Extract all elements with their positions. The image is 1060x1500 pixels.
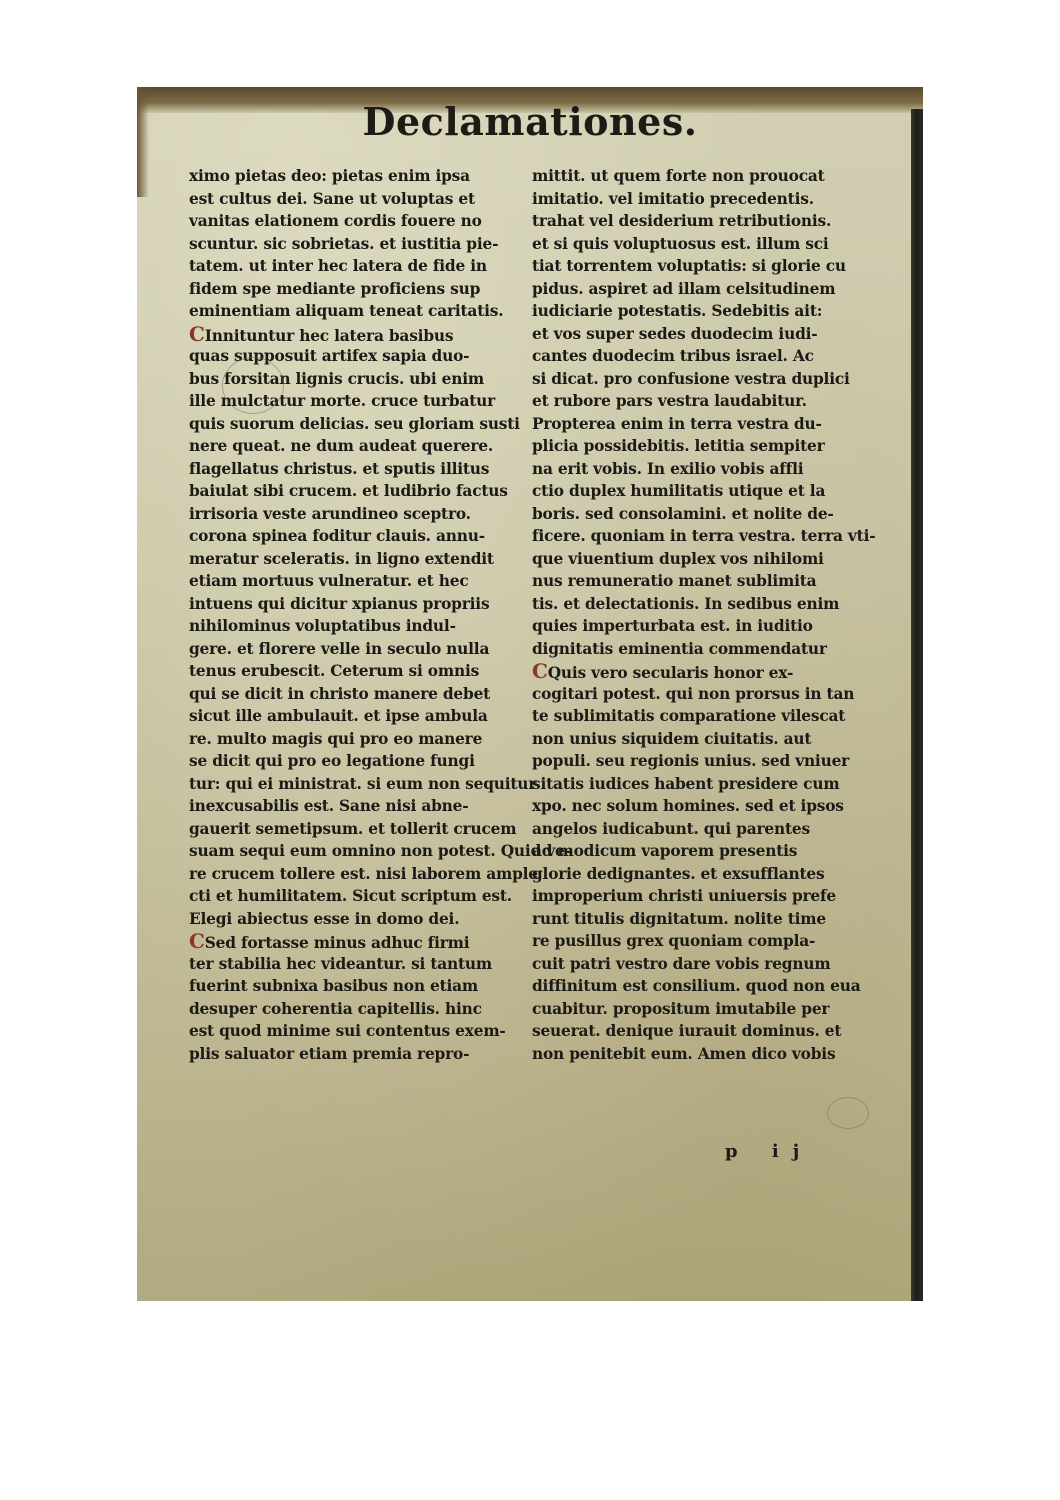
line-text: tis. et delectationis. In sedibus enim <box>532 595 839 613</box>
line-text: sitatis iudices habent presidere cum <box>532 775 839 793</box>
text-line: imitatio. vel imitatio precedentis. <box>532 188 872 211</box>
text-line: sitatis iudices habent presidere cum <box>532 773 872 796</box>
line-text: tatem. ut inter hec latera de fide in <box>189 257 487 275</box>
line-text: et rubore pars vestra laudabitur. <box>532 392 807 410</box>
text-line: ille mulctatur morte. cruce turbatur <box>189 390 524 413</box>
text-line: est quod minime sui contentus exem- <box>189 1020 524 1043</box>
text-line: tatem. ut inter hec latera de fide in <box>189 255 524 278</box>
line-text: cuabitur. propositum imutabile per <box>532 1000 829 1018</box>
line-text: et vos super sedes duodecim iudi- <box>532 325 817 343</box>
text-line: flagellatus christus. et sputis illitus <box>189 458 524 481</box>
line-text: populi. seu regionis unius. sed vniuer <box>532 752 849 770</box>
text-line: re. multo magis qui pro eo manere <box>189 728 524 751</box>
line-text: imitatio. vel imitatio precedentis. <box>532 190 814 208</box>
rubric-paragraph-mark: C <box>189 322 205 346</box>
text-line: seuerat. denique iurauit dominus. et <box>532 1020 872 1043</box>
text-line: baiulat sibi crucem. et ludibrio factus <box>189 480 524 503</box>
line-text: se dicit qui pro eo legatione fungi <box>189 752 475 770</box>
text-line: xpo. nec solum homines. sed et ipsos <box>532 795 872 818</box>
line-text: diffinitum est consilium. quod non eua <box>532 977 861 995</box>
line-text: plis saluator etiam premia repro- <box>189 1045 469 1063</box>
text-line: inexcusabilis est. Sane nisi abne- <box>189 795 524 818</box>
rubric-paragraph-mark: C <box>189 929 205 953</box>
line-text: ximo pietas deo: pietas enim ipsa <box>189 167 470 185</box>
text-line: meratur sceleratis. in ligno extendit <box>189 548 524 571</box>
line-text: cogitari potest. qui non prorsus in tan <box>532 685 854 703</box>
text-line: non penitebit eum. Amen dico vobis <box>532 1043 872 1066</box>
line-text: tenus erubescit. Ceterum si omnis <box>189 662 479 680</box>
text-line: nere queat. ne dum audeat querere. <box>189 435 524 458</box>
text-line: gere. et florere velle in seculo nulla <box>189 638 524 661</box>
line-text: glorie dedignantes. et exsufflantes <box>532 865 824 883</box>
line-text: tiat torrentem voluptatis: si glorie cu <box>532 257 846 275</box>
text-line: te sublimitatis comparatione vilescat <box>532 705 872 728</box>
text-line: tis. et delectationis. In sedibus enim <box>532 593 872 616</box>
line-text: intuens qui dicitur xpianus propriis <box>189 595 489 613</box>
line-text: te sublimitatis comparatione vilescat <box>532 707 845 725</box>
line-text: re pusillus grex quoniam compla- <box>532 932 815 950</box>
text-line: runt titulis dignitatum. nolite time <box>532 908 872 931</box>
line-text: meratur sceleratis. in ligno extendit <box>189 550 494 568</box>
line-text: ille mulctatur morte. cruce turbatur <box>189 392 495 410</box>
line-text: corona spinea foditur clauis. annu- <box>189 527 485 545</box>
text-line: trahat vel desiderium retributionis. <box>532 210 872 233</box>
text-line: quies imperturbata est. in iuditio <box>532 615 872 638</box>
text-line: tur: qui ei ministrat. si eum non sequit… <box>189 773 524 796</box>
page-scan: Declamationes. ximo pietas deo: pietas e… <box>137 87 923 1301</box>
line-text: irrisoria veste arundineo sceptro. <box>189 505 471 523</box>
line-text: ctio duplex humilitatis utique et la <box>532 482 825 500</box>
text-line: Elegi abiectus esse in domo dei. <box>189 908 524 931</box>
line-text: cuit patri vestro dare vobis regnum <box>532 955 830 973</box>
text-line: ximo pietas deo: pietas enim ipsa <box>189 165 524 188</box>
text-line: CQuis vero secularis honor ex- <box>532 660 872 683</box>
text-line: dignitatis eminentia commendatur <box>532 638 872 661</box>
text-line: sicut ille ambulauit. et ipse ambula <box>189 705 524 728</box>
running-head: Declamationes. <box>137 99 923 144</box>
line-text: runt titulis dignitatum. nolite time <box>532 910 826 928</box>
line-text: cti et humilitatem. Sicut scriptum est. <box>189 887 512 905</box>
line-text: nere queat. ne dum audeat querere. <box>189 437 493 455</box>
text-line: quis suorum delicias. seu gloriam susti <box>189 413 524 436</box>
text-line: corona spinea foditur clauis. annu- <box>189 525 524 548</box>
line-text: qui se dicit in christo manere debet <box>189 685 490 703</box>
line-text: Sed fortasse minus adhuc firmi <box>205 934 470 952</box>
line-text: inexcusabilis est. Sane nisi abne- <box>189 797 468 815</box>
line-text: bus forsitan lignis crucis. ubi enim <box>189 370 484 388</box>
line-text: quis suorum delicias. seu gloriam susti <box>189 415 520 433</box>
line-text: ter stabilia hec videantur. si tantum <box>189 955 492 973</box>
line-text: non unius siquidem ciuitatis. aut <box>532 730 811 748</box>
text-line: cuabitur. propositum imutabile per <box>532 998 872 1021</box>
line-text: desuper coherentia capitellis. hinc <box>189 1000 482 1018</box>
line-text: improperium christi uniuersis prefe <box>532 887 836 905</box>
text-line: cuit patri vestro dare vobis regnum <box>532 953 872 976</box>
line-text: flagellatus christus. et sputis illitus <box>189 460 489 478</box>
text-line: fidem spe mediante proficiens sup <box>189 278 524 301</box>
left-column: ximo pietas deo: pietas enim ipsaest cul… <box>189 165 524 1065</box>
line-text: re. multo magis qui pro eo manere <box>189 730 482 748</box>
line-text: Innituntur hec latera basibus <box>205 327 454 345</box>
text-line: CInnituntur hec latera basibus <box>189 323 524 346</box>
text-line: nihilominus voluptatibus indul- <box>189 615 524 638</box>
line-text: Quis vero secularis honor ex- <box>548 664 793 682</box>
text-line: non unius siquidem ciuitatis. aut <box>532 728 872 751</box>
line-text: trahat vel desiderium retributionis. <box>532 212 831 230</box>
line-text: baiulat sibi crucem. et ludibrio factus <box>189 482 508 500</box>
line-text: nihilominus voluptatibus indul- <box>189 617 456 635</box>
text-line: re crucem tollere est. nisi laborem ampl… <box>189 863 524 886</box>
text-line: eminentiam aliquam teneat caritatis. <box>189 300 524 323</box>
line-text: gere. et florere velle in seculo nulla <box>189 640 489 658</box>
text-line: nus remuneratio manet sublimita <box>532 570 872 593</box>
text-line: CSed fortasse minus adhuc firmi <box>189 930 524 953</box>
text-line: re pusillus grex quoniam compla- <box>532 930 872 953</box>
text-line: Propterea enim in terra vestra du- <box>532 413 872 436</box>
text-line: si dicat. pro confusione vestra duplici <box>532 368 872 391</box>
text-line: gauerit semetipsum. et tollerit crucem <box>189 818 524 841</box>
line-text: ad modicum vaporem presentis <box>532 842 797 860</box>
text-line: bus forsitan lignis crucis. ubi enim <box>189 368 524 391</box>
text-line: irrisoria veste arundineo sceptro. <box>189 503 524 526</box>
line-text: Propterea enim in terra vestra du- <box>532 415 822 433</box>
line-text: eminentiam aliquam teneat caritatis. <box>189 302 503 320</box>
line-text: dignitatis eminentia commendatur <box>532 640 827 658</box>
signature-mark: p ij <box>725 1141 813 1162</box>
text-line: intuens qui dicitur xpianus propriis <box>189 593 524 616</box>
text-line: diffinitum est consilium. quod non eua <box>532 975 872 998</box>
line-text: iudiciarie potestatis. Sedebitis ait: <box>532 302 822 320</box>
text-line: suam sequi eum omnino non potest. Quid v… <box>189 840 524 863</box>
text-line: vanitas elationem cordis fouere no <box>189 210 524 233</box>
line-text: tur: qui ei ministrat. si eum non sequit… <box>189 775 536 793</box>
line-text: est quod minime sui contentus exem- <box>189 1022 506 1040</box>
line-text: quies imperturbata est. in iuditio <box>532 617 813 635</box>
text-line: ficere. quoniam in terra vestra. terra v… <box>532 525 872 548</box>
text-line: etiam mortuus vulneratur. et hec <box>189 570 524 593</box>
line-text: est cultus dei. Sane ut voluptas et <box>189 190 475 208</box>
page-right-edge <box>911 109 923 1301</box>
line-text: mittit. ut quem forte non prouocat <box>532 167 825 185</box>
line-text: vanitas elationem cordis fouere no <box>189 212 482 230</box>
text-line: est cultus dei. Sane ut voluptas et <box>189 188 524 211</box>
line-text: non penitebit eum. Amen dico vobis <box>532 1045 835 1063</box>
text-line: fuerint subnixa basibus non etiam <box>189 975 524 998</box>
line-text: Elegi abiectus esse in domo dei. <box>189 910 459 928</box>
text-line: plicia possidebitis. letitia sempiter <box>532 435 872 458</box>
line-text: cantes duodecim tribus israel. Ac <box>532 347 814 365</box>
line-text: suam sequi eum omnino non potest. Quid v… <box>189 842 571 860</box>
text-line: boris. sed consolamini. et nolite de- <box>532 503 872 526</box>
text-line: ctio duplex humilitatis utique et la <box>532 480 872 503</box>
line-text: que viuentium duplex vos nihilomi <box>532 550 824 568</box>
line-text: plicia possidebitis. letitia sempiter <box>532 437 825 455</box>
text-line: qui se dicit in christo manere debet <box>189 683 524 706</box>
text-line: que viuentium duplex vos nihilomi <box>532 548 872 571</box>
text-line: et vos super sedes duodecim iudi- <box>532 323 872 346</box>
text-line: improperium christi uniuersis prefe <box>532 885 872 908</box>
text-line: cti et humilitatem. Sicut scriptum est. <box>189 885 524 908</box>
text-line: cantes duodecim tribus israel. Ac <box>532 345 872 368</box>
line-text: pidus. aspiret ad illam celsitudinem <box>532 280 835 298</box>
text-line: iudiciarie potestatis. Sedebitis ait: <box>532 300 872 323</box>
text-line: tenus erubescit. Ceterum si omnis <box>189 660 524 683</box>
text-line: et rubore pars vestra laudabitur. <box>532 390 872 413</box>
text-line: glorie dedignantes. et exsufflantes <box>532 863 872 886</box>
line-text: quas supposuit artifex sapia duo- <box>189 347 469 365</box>
text-line: pidus. aspiret ad illam celsitudinem <box>532 278 872 301</box>
line-text: ficere. quoniam in terra vestra. terra v… <box>532 527 875 545</box>
rubric-paragraph-mark: C <box>532 659 548 683</box>
line-text: boris. sed consolamini. et nolite de- <box>532 505 834 523</box>
text-line: tiat torrentem voluptatis: si glorie cu <box>532 255 872 278</box>
text-line: populi. seu regionis unius. sed vniuer <box>532 750 872 773</box>
text-line: scuntur. sic sobrietas. et iustitia pie- <box>189 233 524 256</box>
line-text: nus remuneratio manet sublimita <box>532 572 816 590</box>
text-line: ad modicum vaporem presentis <box>532 840 872 863</box>
line-text: na erit vobis. In exilio vobis affli <box>532 460 803 478</box>
text-line: ter stabilia hec videantur. si tantum <box>189 953 524 976</box>
line-text: seuerat. denique iurauit dominus. et <box>532 1022 841 1040</box>
text-line: na erit vobis. In exilio vobis affli <box>532 458 872 481</box>
line-text: scuntur. sic sobrietas. et iustitia pie- <box>189 235 498 253</box>
line-text: si dicat. pro confusione vestra duplici <box>532 370 850 388</box>
text-line: se dicit qui pro eo legatione fungi <box>189 750 524 773</box>
line-text: gauerit semetipsum. et tollerit crucem <box>189 820 516 838</box>
text-line: desuper coherentia capitellis. hinc <box>189 998 524 1021</box>
line-text: sicut ille ambulauit. et ipse ambula <box>189 707 488 725</box>
text-line: cogitari potest. qui non prorsus in tan <box>532 683 872 706</box>
right-column: mittit. ut quem forte non prouocatimitat… <box>532 165 872 1065</box>
line-text: fuerint subnixa basibus non etiam <box>189 977 478 995</box>
line-text: etiam mortuus vulneratur. et hec <box>189 572 469 590</box>
line-text: fidem spe mediante proficiens sup <box>189 280 480 298</box>
text-line: angelos iudicabunt. qui parentes <box>532 818 872 841</box>
line-text: et si quis voluptuosus est. illum sci <box>532 235 829 253</box>
line-text: xpo. nec solum homines. sed et ipsos <box>532 797 844 815</box>
text-line: quas supposuit artifex sapia duo- <box>189 345 524 368</box>
line-text: re crucem tollere est. nisi laborem ampl… <box>189 865 538 883</box>
text-line: et si quis voluptuosus est. illum sci <box>532 233 872 256</box>
line-text: angelos iudicabunt. qui parentes <box>532 820 810 838</box>
text-line: plis saluator etiam premia repro- <box>189 1043 524 1066</box>
text-line: mittit. ut quem forte non prouocat <box>532 165 872 188</box>
